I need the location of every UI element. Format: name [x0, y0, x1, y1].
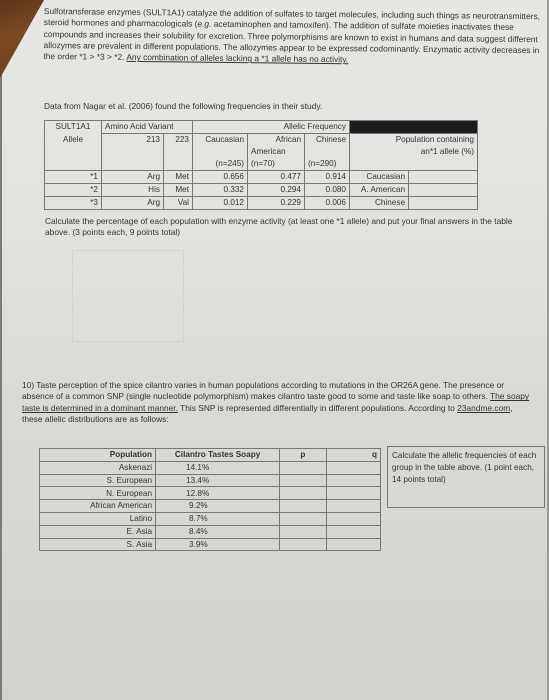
table-row: *1 Arg Met 0.656 0.477 0.914 Caucasian [45, 171, 478, 184]
soapy-cell: 13.4% [156, 474, 280, 487]
allele-cell: *1 [45, 171, 102, 184]
population-cell: Askenazi [40, 461, 156, 474]
sult1a1-table: SULT1A1 Amino Acid Variant Allelic Frequ… [44, 120, 478, 210]
p-answer-cell[interactable] [280, 487, 327, 500]
population-label-cell: Caucasian [350, 171, 409, 184]
population-label-cell: Chinese [350, 197, 409, 210]
p-answer-cell[interactable] [280, 500, 327, 513]
table-row: S. Asia 3.9% [40, 538, 381, 551]
african-american-freq-cell: 0.294 [248, 184, 305, 197]
question-number: 10) [22, 380, 34, 390]
question-10: 10) Taste perception of the spice cilant… [22, 380, 532, 425]
caucasian-freq-cell: 0.332 [193, 184, 248, 197]
answer-cell[interactable] [409, 171, 478, 184]
aa223-cell: Met [164, 184, 193, 197]
allele-cell: *2 [45, 184, 102, 197]
table-row: *2 His Met 0.332 0.294 0.080 A. American [45, 184, 478, 197]
header-population: Population containing [350, 134, 478, 147]
header-q: q [326, 449, 380, 462]
table-row: Askenazi 14.1% [40, 461, 381, 474]
african-american-freq-cell: 0.477 [248, 171, 305, 184]
data-source-line: Data from Nagar et al. (2006) found the … [44, 101, 322, 112]
population-cell: N. European [40, 487, 156, 500]
answer-cell[interactable] [409, 184, 478, 197]
caucasian-freq-cell: 0.012 [193, 197, 248, 210]
aa223-cell: Met [164, 171, 193, 184]
aa213-cell: Arg [102, 197, 164, 210]
header-african-2: American [248, 146, 305, 158]
q-answer-cell[interactable] [326, 538, 380, 551]
chinese-freq-cell: 0.080 [305, 184, 350, 197]
header-caucasian-n: (n=245) [193, 158, 248, 171]
source-link: 23andme.com [457, 403, 510, 413]
header-population: Population [40, 449, 156, 462]
chinese-freq-cell: 0.914 [305, 171, 350, 184]
q-answer-cell[interactable] [326, 461, 380, 474]
header-223: 223 [164, 134, 193, 147]
cilantro-instruction-box: Calculate the allelic frequencies of eac… [387, 446, 545, 508]
chinese-freq-cell: 0.006 [305, 197, 350, 210]
q-answer-cell[interactable] [326, 487, 380, 500]
header-allele-2: Allele [45, 134, 102, 147]
table-row: Latino 8.7% [40, 512, 381, 525]
q-answer-cell[interactable] [326, 512, 380, 525]
header-african-n: (n=70) [248, 158, 305, 171]
p-answer-cell[interactable] [280, 474, 327, 487]
header-allele: SULT1A1 [45, 121, 102, 134]
intro-paragraph: Sulfotransferase enzymes (SULT1A1) catal… [43, 6, 542, 68]
question-text-1: Taste perception of the spice cilantro v… [22, 380, 504, 401]
q-answer-cell[interactable] [326, 525, 380, 538]
header-chinese-n: (n=290) [305, 158, 350, 171]
header-chinese: Chinese [305, 134, 350, 147]
soapy-cell: 3.9% [156, 538, 280, 551]
soapy-cell: 8.7% [156, 512, 280, 525]
header-african: African [248, 134, 305, 147]
answer-cell[interactable] [409, 197, 478, 210]
population-cell: S. European [40, 474, 156, 487]
p-answer-cell[interactable] [280, 512, 327, 525]
african-american-freq-cell: 0.229 [248, 197, 305, 210]
header-population-2: an*1 allele (%) [350, 146, 478, 158]
table-row: African American 9.2% [40, 500, 381, 513]
header-p: p [280, 449, 327, 462]
table-row: *3 Arg Val 0.012 0.229 0.006 Chinese [45, 197, 478, 210]
soapy-cell: 9.2% [156, 500, 280, 513]
header-caucasian: Caucasian [193, 134, 248, 147]
population-cell: S. Asia [40, 538, 156, 551]
population-cell: African American [40, 500, 156, 513]
aa213-cell: His [102, 184, 164, 197]
population-label-cell: A. American [350, 184, 409, 197]
q-answer-cell[interactable] [326, 500, 380, 513]
intro-eg: e.g. [197, 19, 211, 29]
aa223-cell: Val [164, 197, 193, 210]
header-213: 213 [102, 134, 164, 147]
header-blacked-out [350, 121, 478, 134]
bleed-through-table [72, 250, 184, 342]
p-answer-cell[interactable] [280, 538, 327, 551]
population-cell: E. Asia [40, 525, 156, 538]
header-soapy: Cilantro Tastes Soapy [156, 449, 280, 462]
calc-instruction: Calculate the percentage of each populat… [45, 216, 535, 239]
p-answer-cell[interactable] [280, 461, 327, 474]
p-answer-cell[interactable] [280, 525, 327, 538]
intro-underlined: Any combination of alleles lacking a *1 … [126, 52, 348, 64]
soapy-cell: 8.4% [156, 525, 280, 538]
table-row: E. Asia 8.4% [40, 525, 381, 538]
allele-cell: *3 [45, 197, 102, 210]
population-cell: Latino [40, 512, 156, 525]
caucasian-freq-cell: 0.656 [193, 171, 248, 184]
table-row: S. European 13.4% [40, 474, 381, 487]
aa213-cell: Arg [102, 171, 164, 184]
soapy-cell: 14.1% [156, 461, 280, 474]
cilantro-table: Population Cilantro Tastes Soapy p q Ask… [39, 448, 381, 551]
q-answer-cell[interactable] [326, 474, 380, 487]
question-text-2: This SNP is represented differentially i… [178, 403, 457, 413]
header-frequency: Allelic Frequency [193, 121, 350, 134]
table-row: N. European 12.8% [40, 487, 381, 500]
soapy-cell: 12.8% [156, 487, 280, 500]
header-variant: Amino Acid Variant [102, 121, 193, 134]
